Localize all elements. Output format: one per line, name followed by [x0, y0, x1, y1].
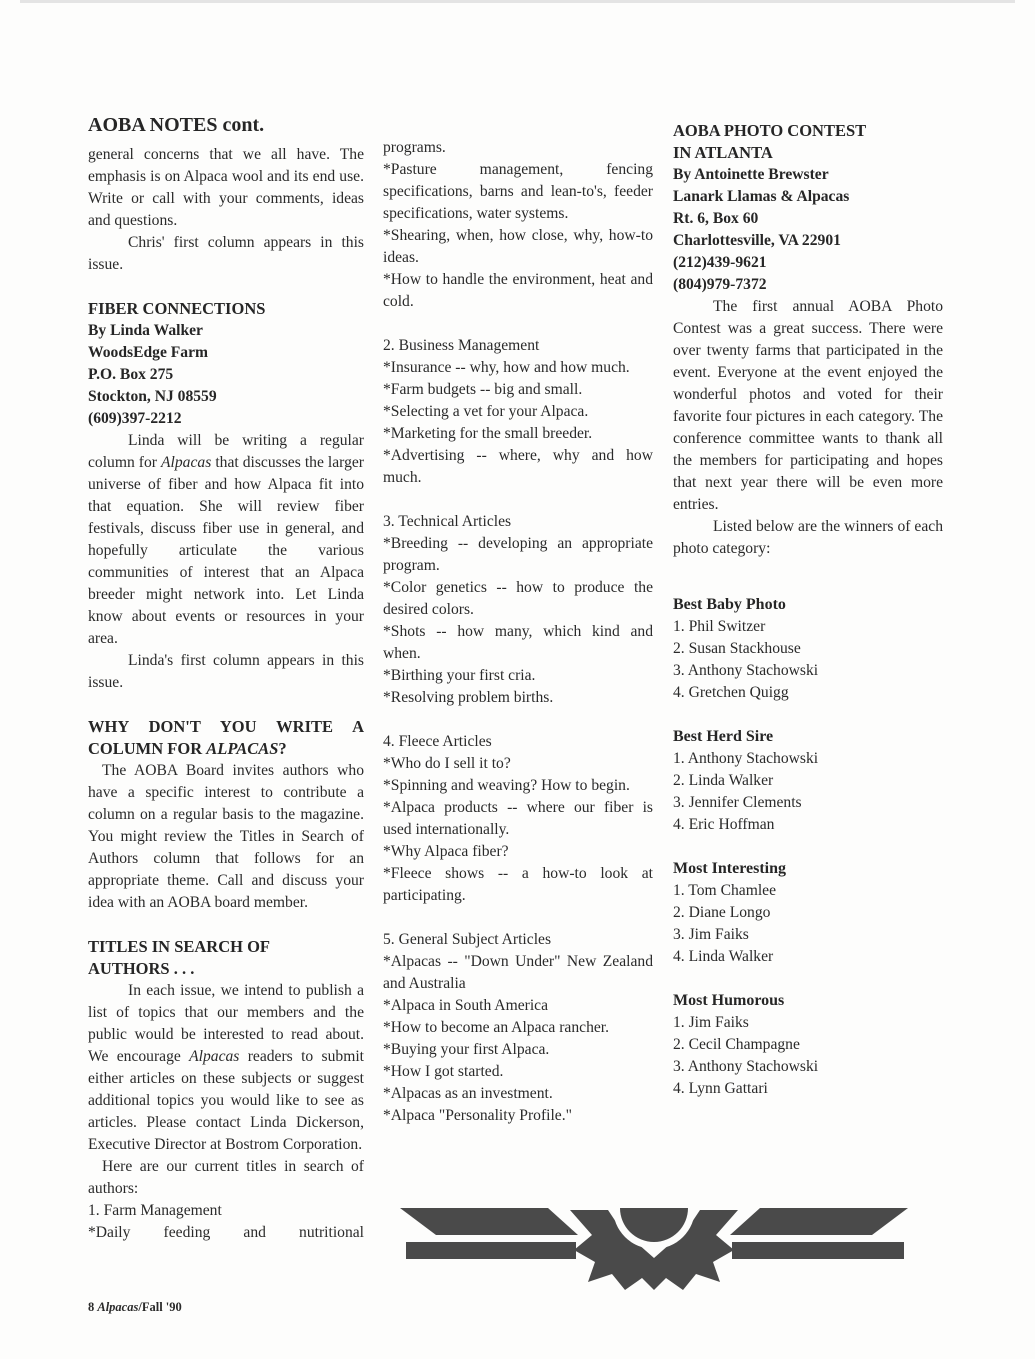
titles-heading: TITLES IN SEARCH OF [88, 936, 364, 958]
fiber-city: Stockton, NJ 08559 [88, 386, 364, 408]
award-category-name: Best Herd Sire [673, 726, 943, 748]
fiber-byline: By Linda Walker [88, 320, 364, 342]
topic-group-heading: 3. Technical Articles [383, 511, 653, 533]
topic-item: *Birthing your first cria. [383, 665, 653, 687]
topic-item: *Buying your first Alpaca. [383, 1039, 653, 1061]
topic-item: *Breeding -- developing an appropriate p… [383, 533, 653, 577]
topic-item: *Color genetics -- how to produce the de… [383, 577, 653, 621]
topic-item: *Advertising -- where, why and how much. [383, 445, 653, 489]
topic-item: *How I got started. [383, 1061, 653, 1083]
winged-sun-emblem-icon [398, 1190, 910, 1290]
why-heading: COLUMN FOR ALPACAS? [88, 738, 364, 760]
notes-paragraph: Chris' first column appears in this issu… [88, 232, 364, 276]
topic-item: *Alpaca "Personality Profile." [383, 1105, 653, 1127]
topic-item: *Insurance -- why, how and how much. [383, 357, 653, 379]
award-category: Best Herd Sire 1. Anthony Stachowski 2. … [673, 726, 943, 836]
topic-item: *Marketing for the small breeder. [383, 423, 653, 445]
left-column: AOBA NOTES cont. general concerns that w… [88, 112, 364, 1244]
winner-entry: 4. Lynn Gattari [673, 1078, 943, 1100]
winner-entry: 2. Cecil Champagne [673, 1034, 943, 1056]
winner-entry: 2. Diane Longo [673, 902, 943, 924]
winner-entry: 1. Phil Switzer [673, 616, 943, 638]
fiber-farm: WoodsEdge Farm [88, 342, 364, 364]
winner-entry: 3. Jennifer Clements [673, 792, 943, 814]
why-paragraph: The AOBA Board invites authors who have … [88, 760, 364, 914]
winner-entry: 3. Anthony Stachowski [673, 660, 943, 682]
topic-item: *Alpaca in South America [383, 995, 653, 1017]
fiber-heading: FIBER CONNECTIONS [88, 298, 364, 320]
topic-item: *Spinning and weaving? How to begin. [383, 775, 653, 797]
topic-item: *Shots -- how many, which kind and when. [383, 621, 653, 665]
winner-entry: 2. Linda Walker [673, 770, 943, 792]
topic-group-heading: 2. Business Management [383, 335, 653, 357]
topic-item: *Farm budgets -- big and small. [383, 379, 653, 401]
award-category: Most Humorous 1. Jim Faiks 2. Cecil Cham… [673, 990, 943, 1100]
fiber-po-box: P.O. Box 275 [88, 364, 364, 386]
topic-item: *Pasture management, fencing specificati… [383, 159, 653, 225]
winner-entry: 3. Jim Faiks [673, 924, 943, 946]
magazine-name: Alpacas [97, 1300, 138, 1314]
titles-paragraph: In each issue, we intend to publish a li… [88, 980, 364, 1156]
contest-farm: Lanark Llamas & Alpacas [673, 186, 943, 208]
titles-list-item: *Daily feeding and nutritional [88, 1222, 364, 1244]
contest-phone: (804)979-7372 [673, 274, 943, 296]
topic-item: *Alpacas -- "Down Under" New Zealand and… [383, 951, 653, 995]
fiber-phone: (609)397-2212 [88, 408, 364, 430]
continuation-text: programs. [383, 137, 653, 159]
winner-entry: 4. Linda Walker [673, 946, 943, 968]
topic-item: *How to become an Alpaca rancher. [383, 1017, 653, 1039]
notes-paragraph: general concerns that we all have. The e… [88, 144, 364, 232]
topic-group: 5. General Subject Articles *Alpacas -- … [383, 929, 653, 1127]
contest-paragraph: The first annual AOBA Photo Contest was … [673, 296, 943, 516]
contest-paragraph: Listed below are the winners of each pho… [673, 516, 943, 560]
topic-item: *Resolving problem births. [383, 687, 653, 709]
topic-item: *Alpacas as an investment. [383, 1083, 653, 1105]
middle-column: programs. *Pasture management, fencing s… [383, 137, 653, 1127]
contest-address: Rt. 6, Box 60 [673, 208, 943, 230]
scan-edge [20, 0, 1015, 3]
photo-contest-heading: IN ATLANTA [673, 142, 943, 164]
topic-group-heading: 4. Fleece Articles [383, 731, 653, 753]
titles-paragraph: Here are our current titles in search of… [88, 1156, 364, 1200]
award-category-name: Most Humorous [673, 990, 943, 1012]
award-category: Best Baby Photo 1. Phil Switzer 2. Susan… [673, 594, 943, 704]
page-footer: 8 Alpacas/Fall '90 [88, 1300, 182, 1315]
right-column: AOBA PHOTO CONTEST IN ATLANTA By Antoine… [673, 120, 943, 1100]
contest-city: Charlottesville, VA 22901 [673, 230, 943, 252]
page-number: 8 [88, 1300, 94, 1314]
topic-group: 4. Fleece Articles *Who do I sell it to?… [383, 731, 653, 907]
winner-entry: 1. Jim Faiks [673, 1012, 943, 1034]
section-title: AOBA NOTES cont. [88, 112, 364, 138]
topic-group: 3. Technical Articles *Breeding -- devel… [383, 511, 653, 709]
award-category: Most Interesting 1. Tom Chamlee 2. Diane… [673, 858, 943, 968]
award-category-name: Best Baby Photo [673, 594, 943, 616]
winner-entry: 4. Gretchen Quigg [673, 682, 943, 704]
issue-label: /Fall '90 [138, 1300, 181, 1314]
topic-item: *Fleece shows -- a how-to look at partic… [383, 863, 653, 907]
topic-item: *How to handle the environment, heat and… [383, 269, 653, 313]
topic-item: *Shearing, when, how close, why, how-to … [383, 225, 653, 269]
topic-item: *Alpaca products -- where our fiber is u… [383, 797, 653, 841]
winner-entry: 2. Susan Stackhouse [673, 638, 943, 660]
fiber-paragraph: Linda's first column appears in this iss… [88, 650, 364, 694]
titles-list-heading: 1. Farm Management [88, 1200, 364, 1222]
topic-item: *Selecting a vet for your Alpaca. [383, 401, 653, 423]
fiber-paragraph: Linda will be writing a regular column f… [88, 430, 364, 650]
topic-item: *Why Alpaca fiber? [383, 841, 653, 863]
why-heading: WHY DON'T YOU WRITE A [88, 716, 364, 738]
topic-group-heading: 5. General Subject Articles [383, 929, 653, 951]
winner-entry: 3. Anthony Stachowski [673, 1056, 943, 1078]
topic-group: 2. Business Management *Insurance -- why… [383, 335, 653, 489]
topic-group: *Pasture management, fencing specificati… [383, 159, 653, 313]
photo-contest-heading: AOBA PHOTO CONTEST [673, 120, 943, 142]
contest-phone: (212)439-9621 [673, 252, 943, 274]
award-category-name: Most Interesting [673, 858, 943, 880]
winner-entry: 1. Tom Chamlee [673, 880, 943, 902]
winner-entry: 4. Eric Hoffman [673, 814, 943, 836]
topic-item: *Who do I sell it to? [383, 753, 653, 775]
contest-byline: By Antoinette Brewster [673, 164, 943, 186]
titles-heading: AUTHORS . . . [88, 958, 364, 980]
winner-entry: 1. Anthony Stachowski [673, 748, 943, 770]
